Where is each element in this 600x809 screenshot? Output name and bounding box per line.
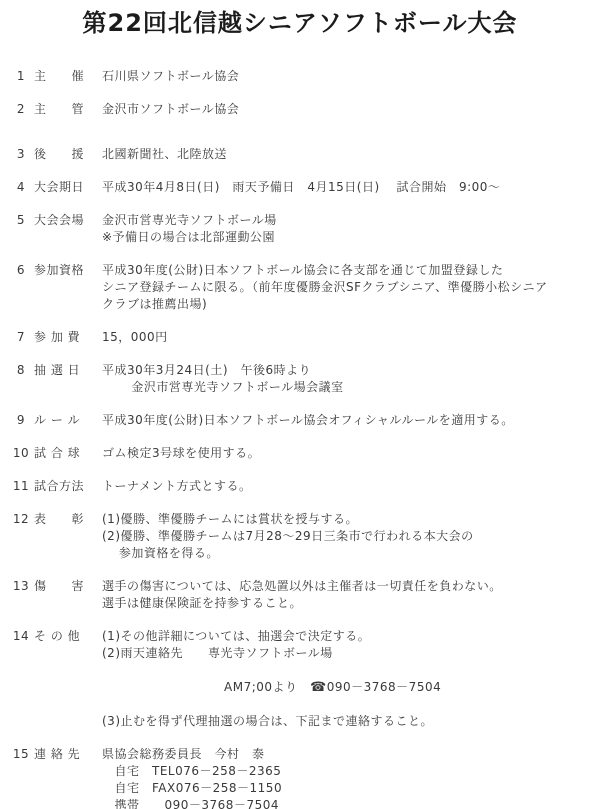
- item-number: 6: [8, 262, 34, 279]
- item-number: 12: [8, 511, 34, 528]
- item-label: 参 加 費: [34, 329, 102, 346]
- item-number: 10: [8, 445, 34, 462]
- text-line: シニア登録チームに限る。（前年度優勝金沢SFクラブシニア、準優勝小松シニア: [102, 279, 592, 296]
- item-number: 1: [8, 68, 34, 85]
- item-label: 試 合 球: [34, 445, 102, 462]
- item-number: 4: [8, 179, 34, 196]
- text-line: ゴム検定3号球を使用する。: [102, 445, 592, 462]
- text-line: ※予備日の場合は北部運動公園: [102, 229, 592, 246]
- item-number: 15: [8, 746, 34, 763]
- item-row-fee: 7 参 加 費 15，000円: [8, 329, 592, 346]
- item-content: 平成30年4月8日(日) 雨天予備日 4月15日(日) 試合開始 9:00～: [102, 179, 592, 196]
- item-content: 平成30年3月24日(土) 午後6時より 金沢市営専光寺ソフトボール場会議室: [102, 362, 592, 396]
- text-line: 15，000円: [102, 329, 592, 346]
- item-number: 8: [8, 362, 34, 379]
- item-content: 北國新聞社、北陸放送: [102, 146, 592, 163]
- text-line: 参加資格を得る。: [102, 545, 592, 562]
- item-number: 3: [8, 146, 34, 163]
- text-line: トーナメント方式とする。: [102, 478, 592, 495]
- text-line: 平成30年4月8日(日) 雨天予備日 4月15日(日) 試合開始 9:00～: [102, 179, 592, 196]
- item-content: トーナメント方式とする。: [102, 478, 592, 495]
- item-content: 選手の傷害については、応急処置以外は主催者は一切責任を負わない。 選手は健康保険…: [102, 578, 592, 612]
- text-line: (2)雨天連絡先 専光寺ソフトボール場: [102, 645, 592, 662]
- item-label: 試合方法: [34, 478, 102, 495]
- phone-icon: ☎: [310, 680, 327, 695]
- text-line: 金沢市営専光寺ソフトボール場: [102, 212, 592, 229]
- text-line: 平成30年度(公財)日本ソフトボール協会に各支部を通じて加盟登録した: [102, 262, 592, 279]
- rain-contact-phone-number: 090－3768－7504: [327, 680, 441, 694]
- contact-home-tel: 自宅 TEL076－258－2365: [102, 763, 592, 780]
- text-line: 選手は健康保険証を持参すること。: [102, 595, 592, 612]
- item-label: 参加資格: [34, 262, 102, 279]
- rain-contact-time-text: AM7;00より: [137, 680, 311, 694]
- item-label: 主 管: [34, 101, 102, 118]
- text-line: 石川県ソフトボール協会: [102, 68, 592, 85]
- item-content: (1)優勝、準優勝チームには賞状を授与する。 (2)優勝、準優勝チームは7月28…: [102, 511, 592, 562]
- item-label: 表 彰: [34, 511, 102, 528]
- item-label: 後 援: [34, 146, 102, 163]
- item-row-support: 3 後 援 北國新聞社、北陸放送: [8, 146, 592, 163]
- item-row-format: 11 試合方法 トーナメント方式とする。: [8, 478, 592, 495]
- item-label: 大会期日: [34, 179, 102, 196]
- item-label: ル ー ル: [34, 412, 102, 429]
- item-number: 14: [8, 628, 34, 645]
- document-page: { "page": { "title": "第22回北信越シニアソフトボール大会…: [0, 0, 600, 809]
- text-line: 北國新聞社、北陸放送: [102, 146, 592, 163]
- item-row-date: 4 大会期日 平成30年4月8日(日) 雨天予備日 4月15日(日) 試合開始 …: [8, 179, 592, 196]
- item-content: ゴム検定3号球を使用する。: [102, 445, 592, 462]
- item-number: 11: [8, 478, 34, 495]
- item-number: 5: [8, 212, 34, 229]
- item-content: 金沢市営専光寺ソフトボール場 ※予備日の場合は北部運動公園: [102, 212, 592, 246]
- text-line: 平成30年3月24日(土) 午後6時より: [102, 362, 592, 379]
- item-content: 15，000円: [102, 329, 592, 346]
- text-line: (1)優勝、準優勝チームには賞状を授与する。: [102, 511, 592, 528]
- item-row-rules: 9 ル ー ル 平成30年度(公財)日本ソフトボール協会オフィシャルルールを適用…: [8, 412, 592, 429]
- item-number: 9: [8, 412, 34, 429]
- item-row-lottery: 8 抽 選 日 平成30年3月24日(土) 午後6時より 金沢市営専光寺ソフトボ…: [8, 362, 592, 396]
- item-content: 平成30年度(公財)日本ソフトボール協会オフィシャルルールを適用する。: [102, 412, 592, 429]
- text-line: AM7;00より ☎090－3768－7504: [102, 662, 592, 713]
- item-row-ball: 10 試 合 球 ゴム検定3号球を使用する。: [8, 445, 592, 462]
- contact-home-fax: 自宅 FAX076－258－1150: [102, 780, 592, 797]
- text-line: クラブは推薦出場): [102, 296, 592, 313]
- text-line: 金沢市ソフトボール協会: [102, 101, 592, 118]
- item-label: 大会会場: [34, 212, 102, 229]
- item-row-eligibility: 6 参加資格 平成30年度(公財)日本ソフトボール協会に各支部を通じて加盟登録し…: [8, 262, 592, 313]
- item-number: 13: [8, 578, 34, 595]
- text-line: 金沢市営専光寺ソフトボール場会議室: [102, 379, 592, 396]
- item-row-other: 14 そ の 他 (1)その他詳細については、抽選会で決定する。 (2)雨天連絡…: [8, 628, 592, 730]
- tournament-notice-document: 第22回北信越シニアソフトボール大会 1 主 催 石川県ソフトボール協会 2 主…: [0, 0, 600, 809]
- item-content: 県協会総務委員長 今村 泰 自宅 TEL076－258－2365 自宅 FAX0…: [102, 746, 592, 809]
- item-number: 2: [8, 101, 34, 118]
- item-content: 平成30年度(公財)日本ソフトボール協会に各支部を通じて加盟登録した シニア登録…: [102, 262, 592, 313]
- item-label: 傷 害: [34, 578, 102, 595]
- text-line: 平成30年度(公財)日本ソフトボール協会オフィシャルルールを適用する。: [102, 412, 592, 429]
- text-line: (1)その他詳細については、抽選会で決定する。: [102, 628, 592, 645]
- item-content: 金沢市ソフトボール協会: [102, 101, 592, 118]
- item-row-venue: 5 大会会場 金沢市営専光寺ソフトボール場 ※予備日の場合は北部運動公園: [8, 212, 592, 246]
- text-line: 選手の傷害については、応急処置以外は主催者は一切責任を負わない。: [102, 578, 592, 595]
- text-line: (2)優勝、準優勝チームは7月28～29日三条市で行われる本大会の: [102, 528, 592, 545]
- item-label: 抽 選 日: [34, 362, 102, 379]
- item-label: そ の 他: [34, 628, 102, 645]
- item-content: (1)その他詳細については、抽選会で決定する。 (2)雨天連絡先 専光寺ソフトボ…: [102, 628, 592, 730]
- item-row-contact: 15 連 絡 先 県協会総務委員長 今村 泰 自宅 TEL076－258－236…: [8, 746, 592, 809]
- contact-person: 県協会総務委員長 今村 泰: [102, 746, 592, 763]
- item-content: 石川県ソフトボール協会: [102, 68, 592, 85]
- item-label: 主 催: [34, 68, 102, 85]
- item-row-host: 1 主 催 石川県ソフトボール協会: [8, 68, 592, 85]
- item-row-injury: 13 傷 害 選手の傷害については、応急処置以外は主催者は一切責任を負わない。 …: [8, 578, 592, 612]
- text-line: (3)止むを得ず代理抽選の場合は、下記まで連絡すること。: [102, 713, 592, 730]
- item-row-awards: 12 表 彰 (1)優勝、準優勝チームには賞状を授与する。 (2)優勝、準優勝チ…: [8, 511, 592, 562]
- contact-mobile: 携帯 090－3768－7504: [102, 797, 592, 809]
- item-label: 連 絡 先: [34, 746, 102, 763]
- page-title: 第22回北信越シニアソフトボール大会: [8, 8, 592, 38]
- item-row-management: 2 主 管 金沢市ソフトボール協会: [8, 101, 592, 118]
- item-number: 7: [8, 329, 34, 346]
